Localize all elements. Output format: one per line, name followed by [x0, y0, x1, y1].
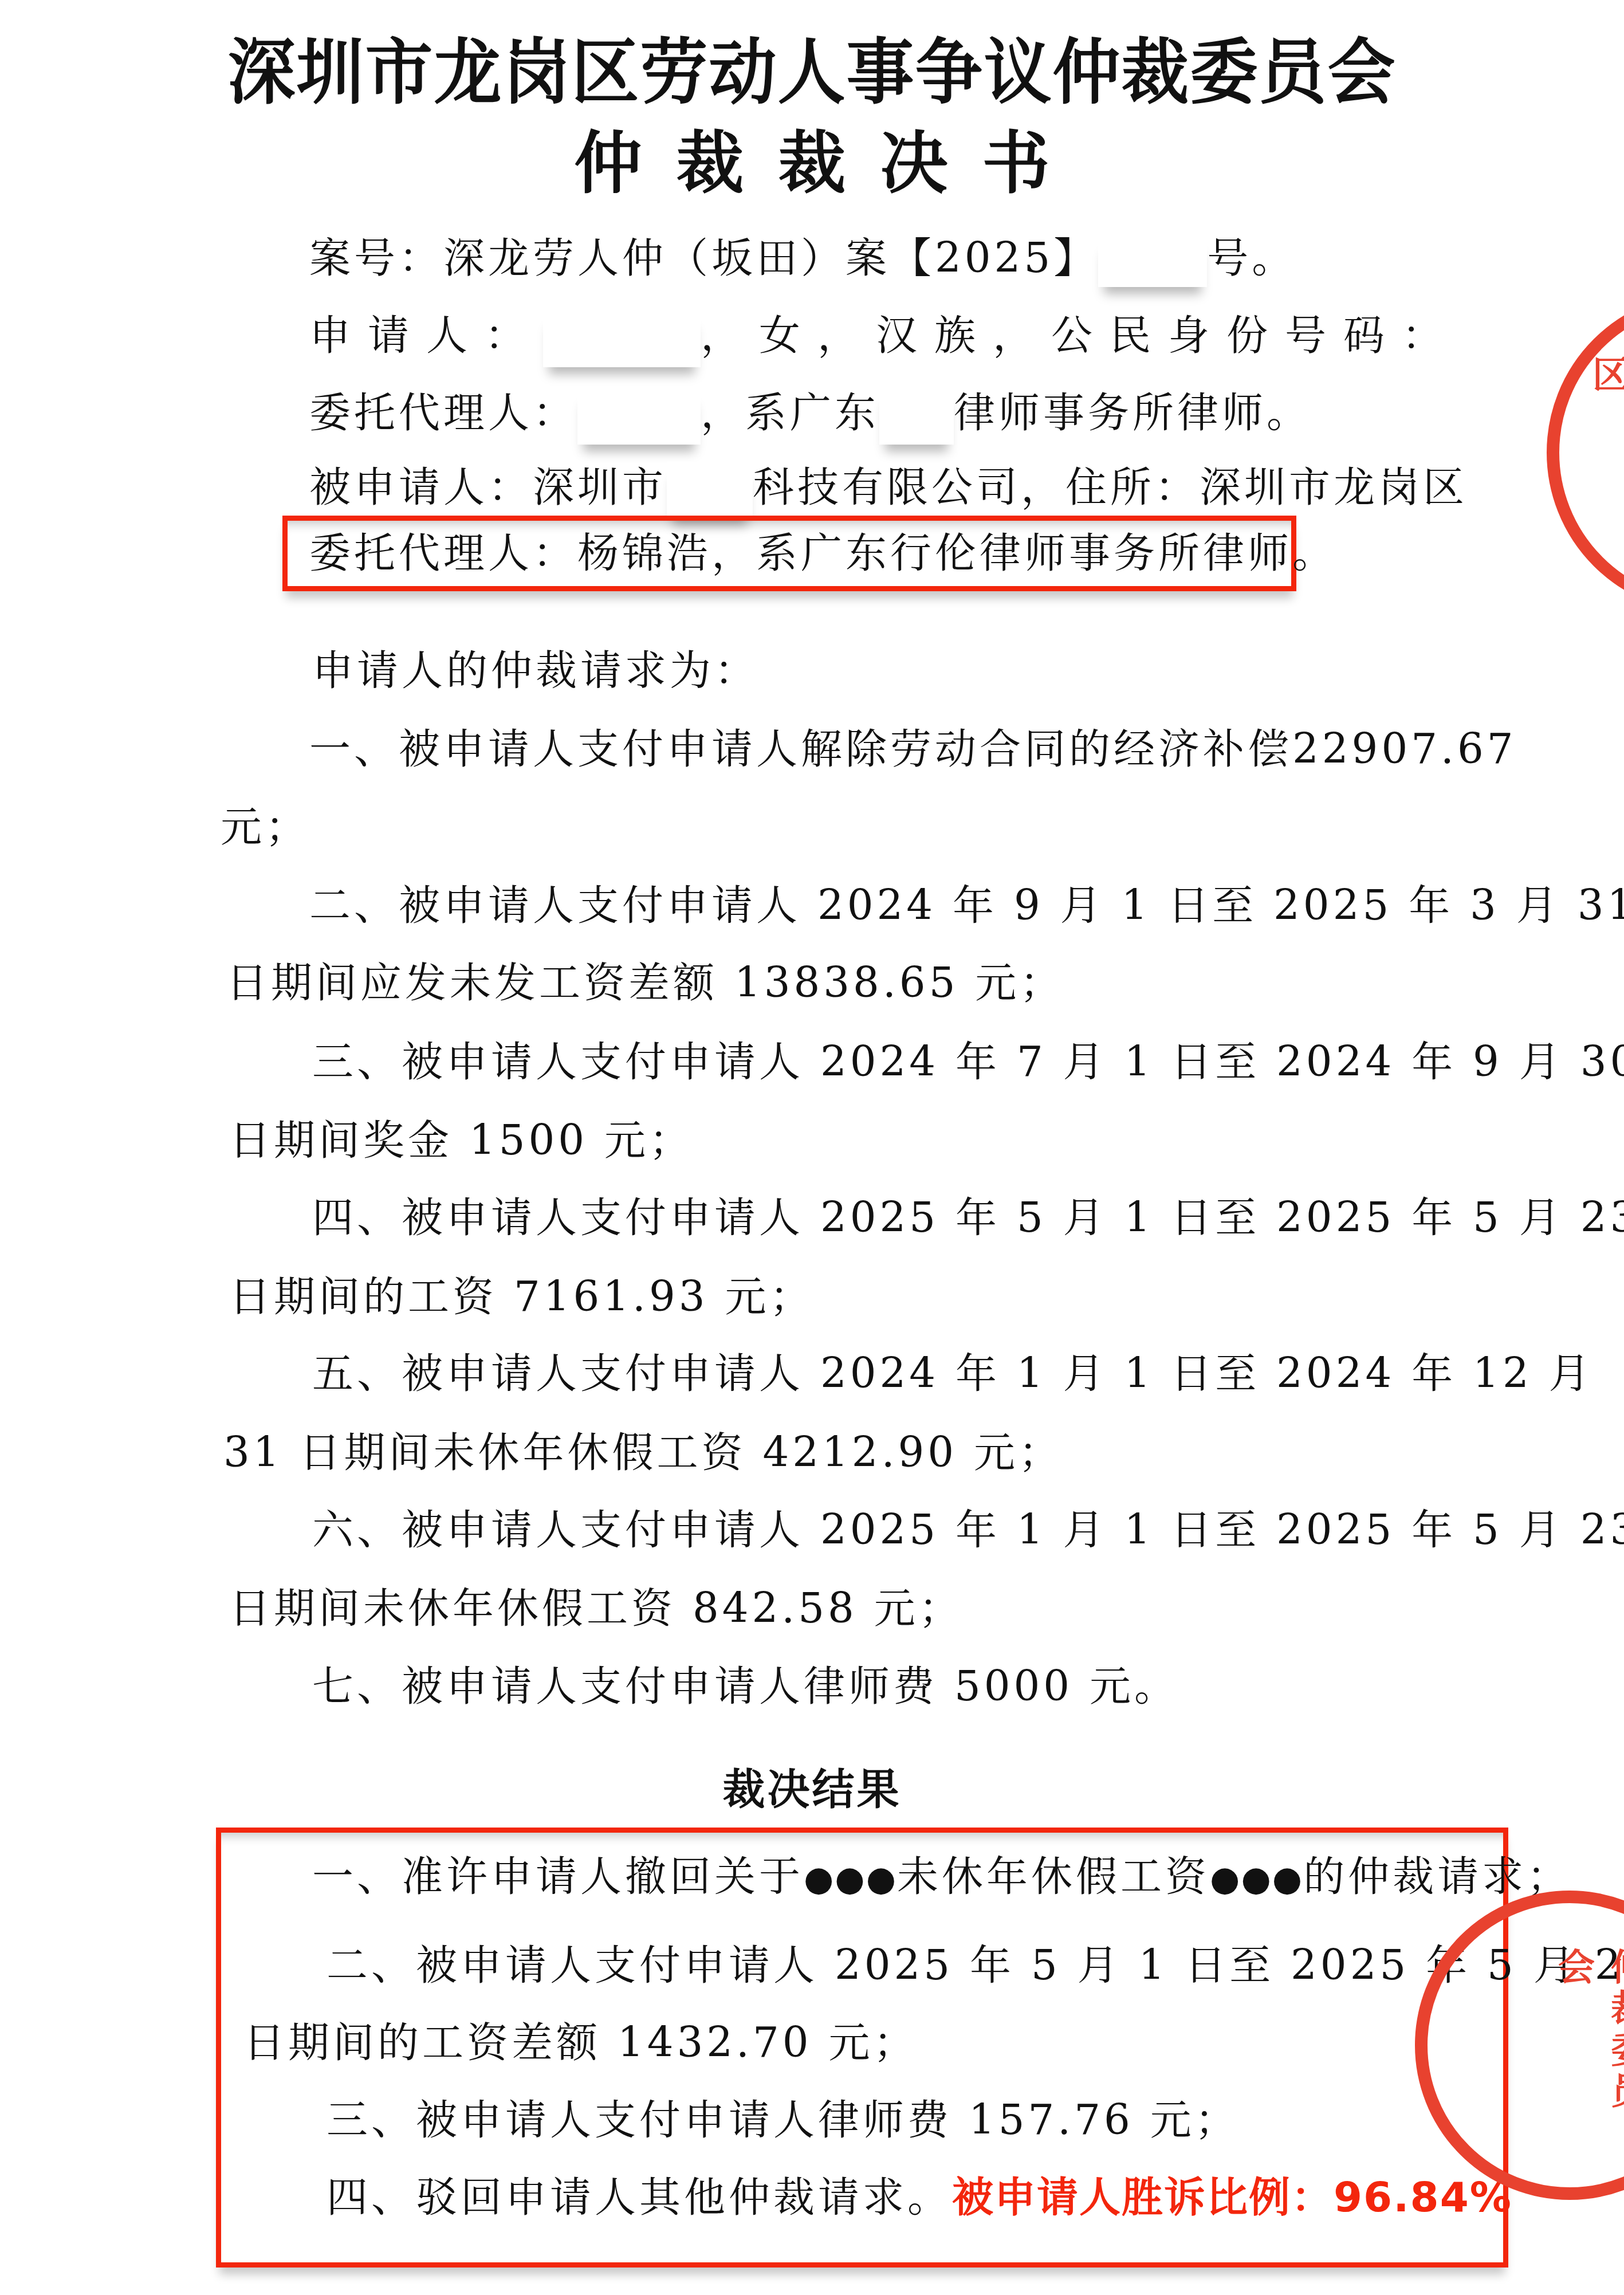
- seal-text-bottom: 仲裁委员会: [1547, 1948, 1624, 2137]
- applicant-agent-mid: ，系广东: [701, 388, 879, 437]
- claim-line: 日期间应发未发工资差额 13838.65 元；: [226, 957, 1064, 1008]
- redacted-dots: ●●●: [1210, 1859, 1303, 1899]
- applicant-agent-line: 委托代理人：，系广东律师事务所律师。: [309, 387, 1311, 445]
- document-title: 深圳市龙岗区劳动人事争议仲裁委员会: [0, 15, 1624, 117]
- result-item-1-suffix: 的仲裁请求；: [1303, 1852, 1571, 1900]
- applicant-agent-suffix: 律师事务所律师。: [954, 388, 1311, 437]
- claim-line: 31 日期间未休年休假工资 4212.90 元；: [223, 1426, 1063, 1478]
- claims-heading: 申请人的仲裁请求为：: [312, 645, 759, 696]
- win-ratio-highlight: 被申请人胜诉比例：96.84%: [952, 2173, 1512, 2221]
- claim-line: 四、被申请人支付申请人 2025 年 5 月 1 日至 2025 年 5 月 2…: [312, 1192, 1624, 1243]
- applicant-agent-label: 委托代理人：: [309, 388, 577, 437]
- respondent-line: 被申请人：深圳市科技有限公司，住所：深圳市龙岗区: [309, 461, 1468, 519]
- redacted-agent-name: [577, 387, 701, 445]
- case-number-prefix: 案号：深龙劳人仲（坂田）案【2025】: [309, 234, 1098, 282]
- claim-line: 日期间奖金 1500 元；: [229, 1114, 694, 1166]
- claim-line: 三、被申请人支付申请人 2024 年 7 月 1 日至 2024 年 9 月 3…: [312, 1036, 1624, 1087]
- claim-line: 日期间的工资 7161.93 元；: [229, 1271, 815, 1322]
- result-item-1: 一、准许申请人撤回关于●●●未休年休假工资●●●的仲裁请求；: [312, 1850, 1571, 1905]
- result-item-1-prefix: 一、准许申请人撤回关于: [312, 1852, 804, 1900]
- result-item-4: 四、驳回申请人其他仲裁请求。被申请人胜诉比例：96.84%: [327, 2171, 1512, 2223]
- redacted-company-name: [667, 462, 753, 519]
- case-number: 案号：深龙劳人仲（坂田）案【2025】号。: [309, 232, 1296, 287]
- result-item-3: 三、被申请人支付申请人律师费 157.76 元；: [327, 2094, 1240, 2145]
- claim-line: 七、被申请人支付申请人律师费 5000 元。: [312, 1660, 1179, 1712]
- seal-text-top: 深圳市龙岗区: [1581, 355, 1624, 573]
- claim-line: 元；: [221, 801, 310, 852]
- claim-line: 五、被申请人支付申请人 2024 年 1 月 1 日至 2024 年 12 月: [312, 1347, 1594, 1399]
- applicant-line: 申请人：，女，汉族，公民身份号码：: [309, 309, 1460, 367]
- redacted-applicant-name: [543, 310, 701, 367]
- respondent-prefix: 被申请人：深圳市: [309, 463, 667, 511]
- claim-line: 二、被申请人支付申请人 2024 年 9 月 1 日至 2025 年 3 月 3…: [309, 879, 1624, 931]
- claim-line: 一、被申请人支付申请人解除劳动合同的经济补偿22907.67: [309, 723, 1517, 775]
- result-heading: 裁决结果: [0, 1756, 1624, 1817]
- result-item-4-text: 四、驳回申请人其他仲裁请求。: [327, 2173, 952, 2221]
- claim-line: 日期间未休年休假工资 842.58 元；: [229, 1582, 964, 1634]
- respondent-suffix: 科技有限公司，住所：深圳市龙岗区: [753, 463, 1468, 511]
- result-item-1-mid: 未休年休假工资: [897, 1852, 1210, 1900]
- redacted-law-firm: [879, 387, 954, 445]
- applicant-label: 申请人：: [309, 311, 543, 359]
- claim-line: 六、被申请人支付申请人 2025 年 1 月 1 日至 2025 年 5 月 2…: [312, 1504, 1624, 1555]
- redacted-case-number: [1098, 235, 1207, 287]
- result-item-2-line-2: 日期间的工资差额 1432.70 元；: [243, 2017, 918, 2068]
- applicant-details: ，女，汉族，公民身份号码：: [701, 311, 1460, 359]
- respondent-agent-line: 委托代理人：杨锦浩，系广东行伦律师事务所律师。: [309, 527, 1337, 579]
- document-subtitle: 仲裁裁决书: [0, 109, 1624, 206]
- redacted-dots: ●●●: [804, 1859, 897, 1899]
- case-number-suffix: 号。: [1207, 234, 1296, 282]
